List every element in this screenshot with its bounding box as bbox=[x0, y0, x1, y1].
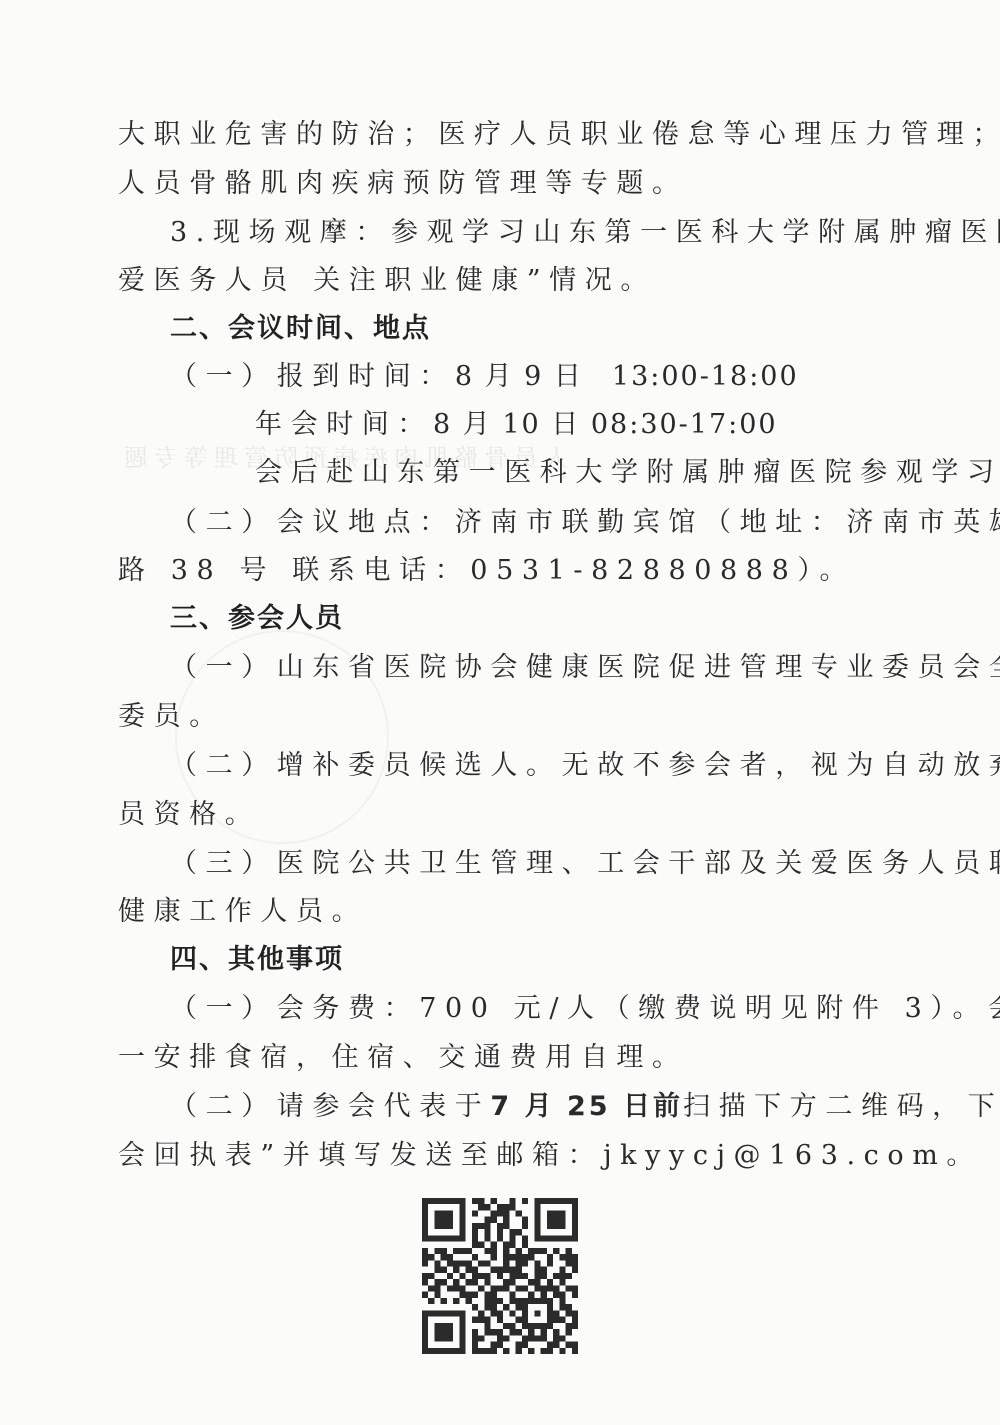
fee-line-2: 一安排食宿，住宿、交通费用自理。 bbox=[118, 1043, 870, 1073]
registration-instruction-line-1: （二）请参会代表于7 月 25 日前扫描下方二维码，下载“参 bbox=[170, 1092, 870, 1122]
attendee-item-3-line-2: 健康工作人员。 bbox=[118, 897, 870, 927]
section-heading-other: 四、其他事项 bbox=[170, 945, 870, 975]
document-page: 人员骨骼肌肉疾病预防管理等专题 大职业危害的防治；医疗人员职业倦怠等心理压力管理… bbox=[0, 0, 1000, 1425]
attendee-item-2-line-1: （二）增补委员候选人。无故不参会者，视为自动放弃委 bbox=[170, 751, 870, 781]
fee-line-1: （一）会务费：700 元/人（缴费说明见附件 3）。会议统 bbox=[170, 994, 870, 1024]
attendee-item-2-line-2: 员资格。 bbox=[118, 800, 870, 830]
meeting-label: 年会时间： bbox=[255, 409, 433, 440]
qr-code-graphic bbox=[422, 1198, 578, 1354]
instruction-prefix: （二）请参会代表于 bbox=[170, 1091, 490, 1122]
deadline-date: 7 月 25 日前 bbox=[490, 1091, 683, 1122]
paragraph-line: 大职业危害的防治；医疗人员职业倦怠等心理压力管理；医务 bbox=[118, 120, 870, 150]
section-heading-attendees: 三、参会人员 bbox=[170, 604, 870, 634]
paragraph-line: 人员骨骼肌肉疾病预防管理等专题。 bbox=[118, 169, 870, 199]
meeting-time-row: 年会时间：8 月 10 日 08:30-17:00 bbox=[255, 410, 870, 440]
attendee-item-1-line-2: 委员。 bbox=[118, 702, 870, 732]
after-meeting-visit: 会后赴山东第一医科大学附属肿瘤医院参观学习 bbox=[255, 458, 870, 488]
section-heading-time-place: 二、会议时间、地点 bbox=[170, 314, 870, 344]
instruction-suffix: 扫描下方二维码，下载“参 bbox=[683, 1091, 1000, 1122]
registration-label: （一）报到时间： bbox=[170, 361, 455, 392]
registration-value: 8 月 9 日 13:00-18:00 bbox=[455, 361, 799, 392]
meeting-value: 8 月 10 日 08:30-17:00 bbox=[433, 409, 778, 440]
registration-instruction-line-2: 会回执表”并填写发送至邮箱：jkyycj@163.com。 bbox=[118, 1141, 870, 1171]
attendee-item-1-line-1: （一）山东省医院协会健康医院促进管理专业委员会全体 bbox=[170, 653, 870, 683]
qr-code-icon[interactable] bbox=[422, 1198, 578, 1354]
paragraph-line: 爱医务人员 关注职业健康”情况。 bbox=[118, 266, 870, 296]
venue-line-1: （二）会议地点：济南市联勤宾馆（地址：济南市英雄山 bbox=[170, 508, 870, 538]
venue-line-2: 路 38 号 联系电话：0531-82880888）。 bbox=[118, 556, 870, 586]
attendee-item-3-line-1: （三）医院公共卫生管理、工会干部及关爱医务人员职业 bbox=[170, 849, 870, 879]
paragraph-line: 3.现场观摩：参观学习山东第一医科大学附属肿瘤医院“关 bbox=[170, 218, 870, 248]
registration-time-row: （一）报到时间：8 月 9 日 13:00-18:00 bbox=[170, 362, 870, 392]
